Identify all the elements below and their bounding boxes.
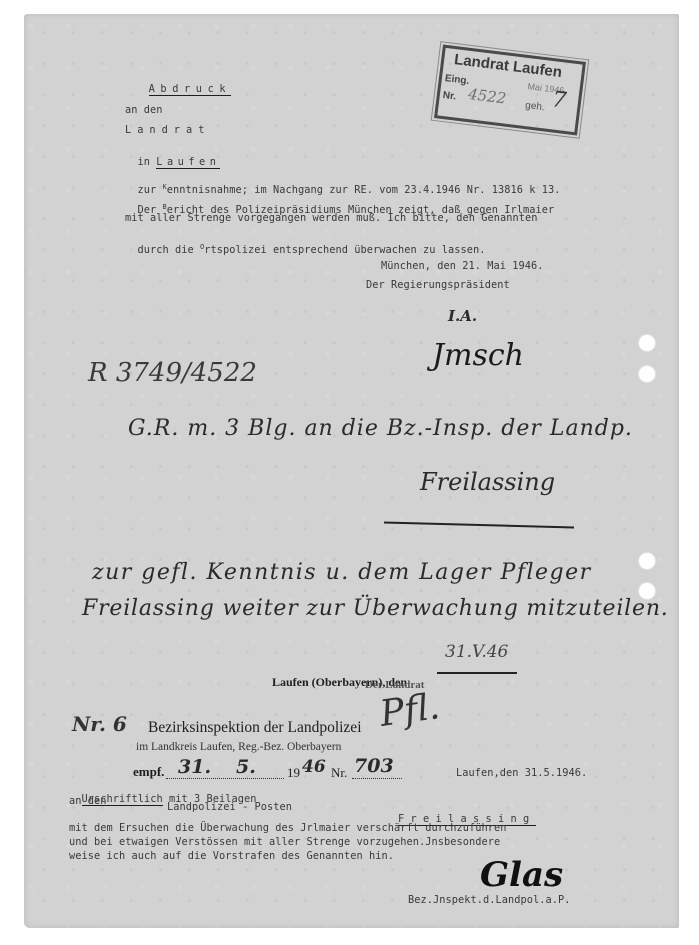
- date-line: [437, 672, 517, 674]
- text: rtspolizei entsprechend überwachen zu la…: [204, 244, 485, 256]
- handwritten-initials: Pfl.: [377, 686, 442, 735]
- body-line-4: durch die Ortspolizei entsprechend überw…: [125, 232, 485, 256]
- forwarding-body-1: mit dem Ersuchen die Überwachung des Jrl…: [69, 822, 506, 834]
- number-dotted-line: [352, 777, 402, 779]
- document-heading: Abdruck: [125, 71, 231, 95]
- handwritten-note-2: Freilassing: [420, 468, 555, 496]
- text: K: [163, 183, 167, 191]
- recipient-line-3: in Laufen: [125, 144, 220, 168]
- recipient-line-1: an den: [125, 104, 163, 116]
- text: B: [163, 203, 167, 211]
- handwritten-note-3: zur gefl. Kenntnis u. dem Lager Pfleger: [92, 560, 592, 585]
- forwarding-body-2: und bei etwaigen Verstössen mit aller St…: [69, 836, 500, 848]
- inspection-subtitle: im Landkreis Laufen, Reg.-Bez. Oberbayer…: [136, 741, 341, 753]
- year-prefix: 19: [287, 765, 300, 781]
- stamp-mark: 7: [551, 87, 568, 114]
- handwritten-date: 31.V.46: [445, 642, 508, 662]
- forwarding-place-date: Laufen,den 31.5.1946.: [456, 767, 587, 779]
- received-label: empf.: [133, 764, 164, 780]
- handwritten-entry-number: Nr. 6: [72, 712, 127, 736]
- signature-prefix: I.A.: [448, 307, 477, 325]
- punch-hole: [639, 553, 655, 569]
- forwarding-body-3: weise ich auch auf die Vorstrafen des Ge…: [69, 850, 394, 862]
- forwarding-signatory: Bez.Jnspekt.d.Landpol.a.P.: [408, 894, 570, 906]
- forwarding-signature: Glas: [480, 855, 563, 895]
- forwarding-line-2: an den: [69, 795, 107, 807]
- punch-hole: [639, 335, 655, 351]
- number-label: Nr.: [331, 765, 347, 781]
- text: O: [200, 243, 204, 251]
- punch-hole: [639, 366, 655, 382]
- received-number: 703: [354, 755, 394, 777]
- body-line-3: mit aller Strenge vorgegangen werden muß…: [125, 212, 537, 224]
- received-month: 5.: [236, 756, 256, 778]
- stamp-line-eing: Eing.: [444, 73, 470, 87]
- stamp-number: 4522: [467, 85, 507, 108]
- handwritten-note-4: Freilassing weiter zur Überwachung mitzu…: [82, 596, 669, 621]
- recipient-place: Laufen: [156, 156, 220, 169]
- received-day: 31.: [178, 756, 211, 778]
- stamp-suffix: geh.: [525, 100, 546, 113]
- text: durch die: [138, 244, 201, 256]
- handwritten-reference: R 3749/4522: [88, 358, 257, 388]
- signature: Jmsch: [432, 338, 524, 373]
- year-suffix: 46: [302, 757, 326, 777]
- forwarding-recipient: Landpolizei - Posten: [167, 801, 292, 813]
- recipient-line-2: Landrat: [125, 124, 210, 136]
- handwritten-note-1: G.R. m. 3 Blg. an die Bz.-Insp. der Land…: [128, 416, 633, 441]
- place-date: München, den 21. Mai 1946.: [381, 260, 543, 272]
- stamp-line-nr: Nr.: [442, 90, 457, 103]
- signatory-title: Der Regierungspräsident: [366, 279, 510, 291]
- inspection-title: Bezirksinspektion der Landpolizei: [148, 719, 362, 737]
- recipient-prefix: in: [138, 156, 151, 168]
- heading-text: Abdruck: [149, 83, 232, 96]
